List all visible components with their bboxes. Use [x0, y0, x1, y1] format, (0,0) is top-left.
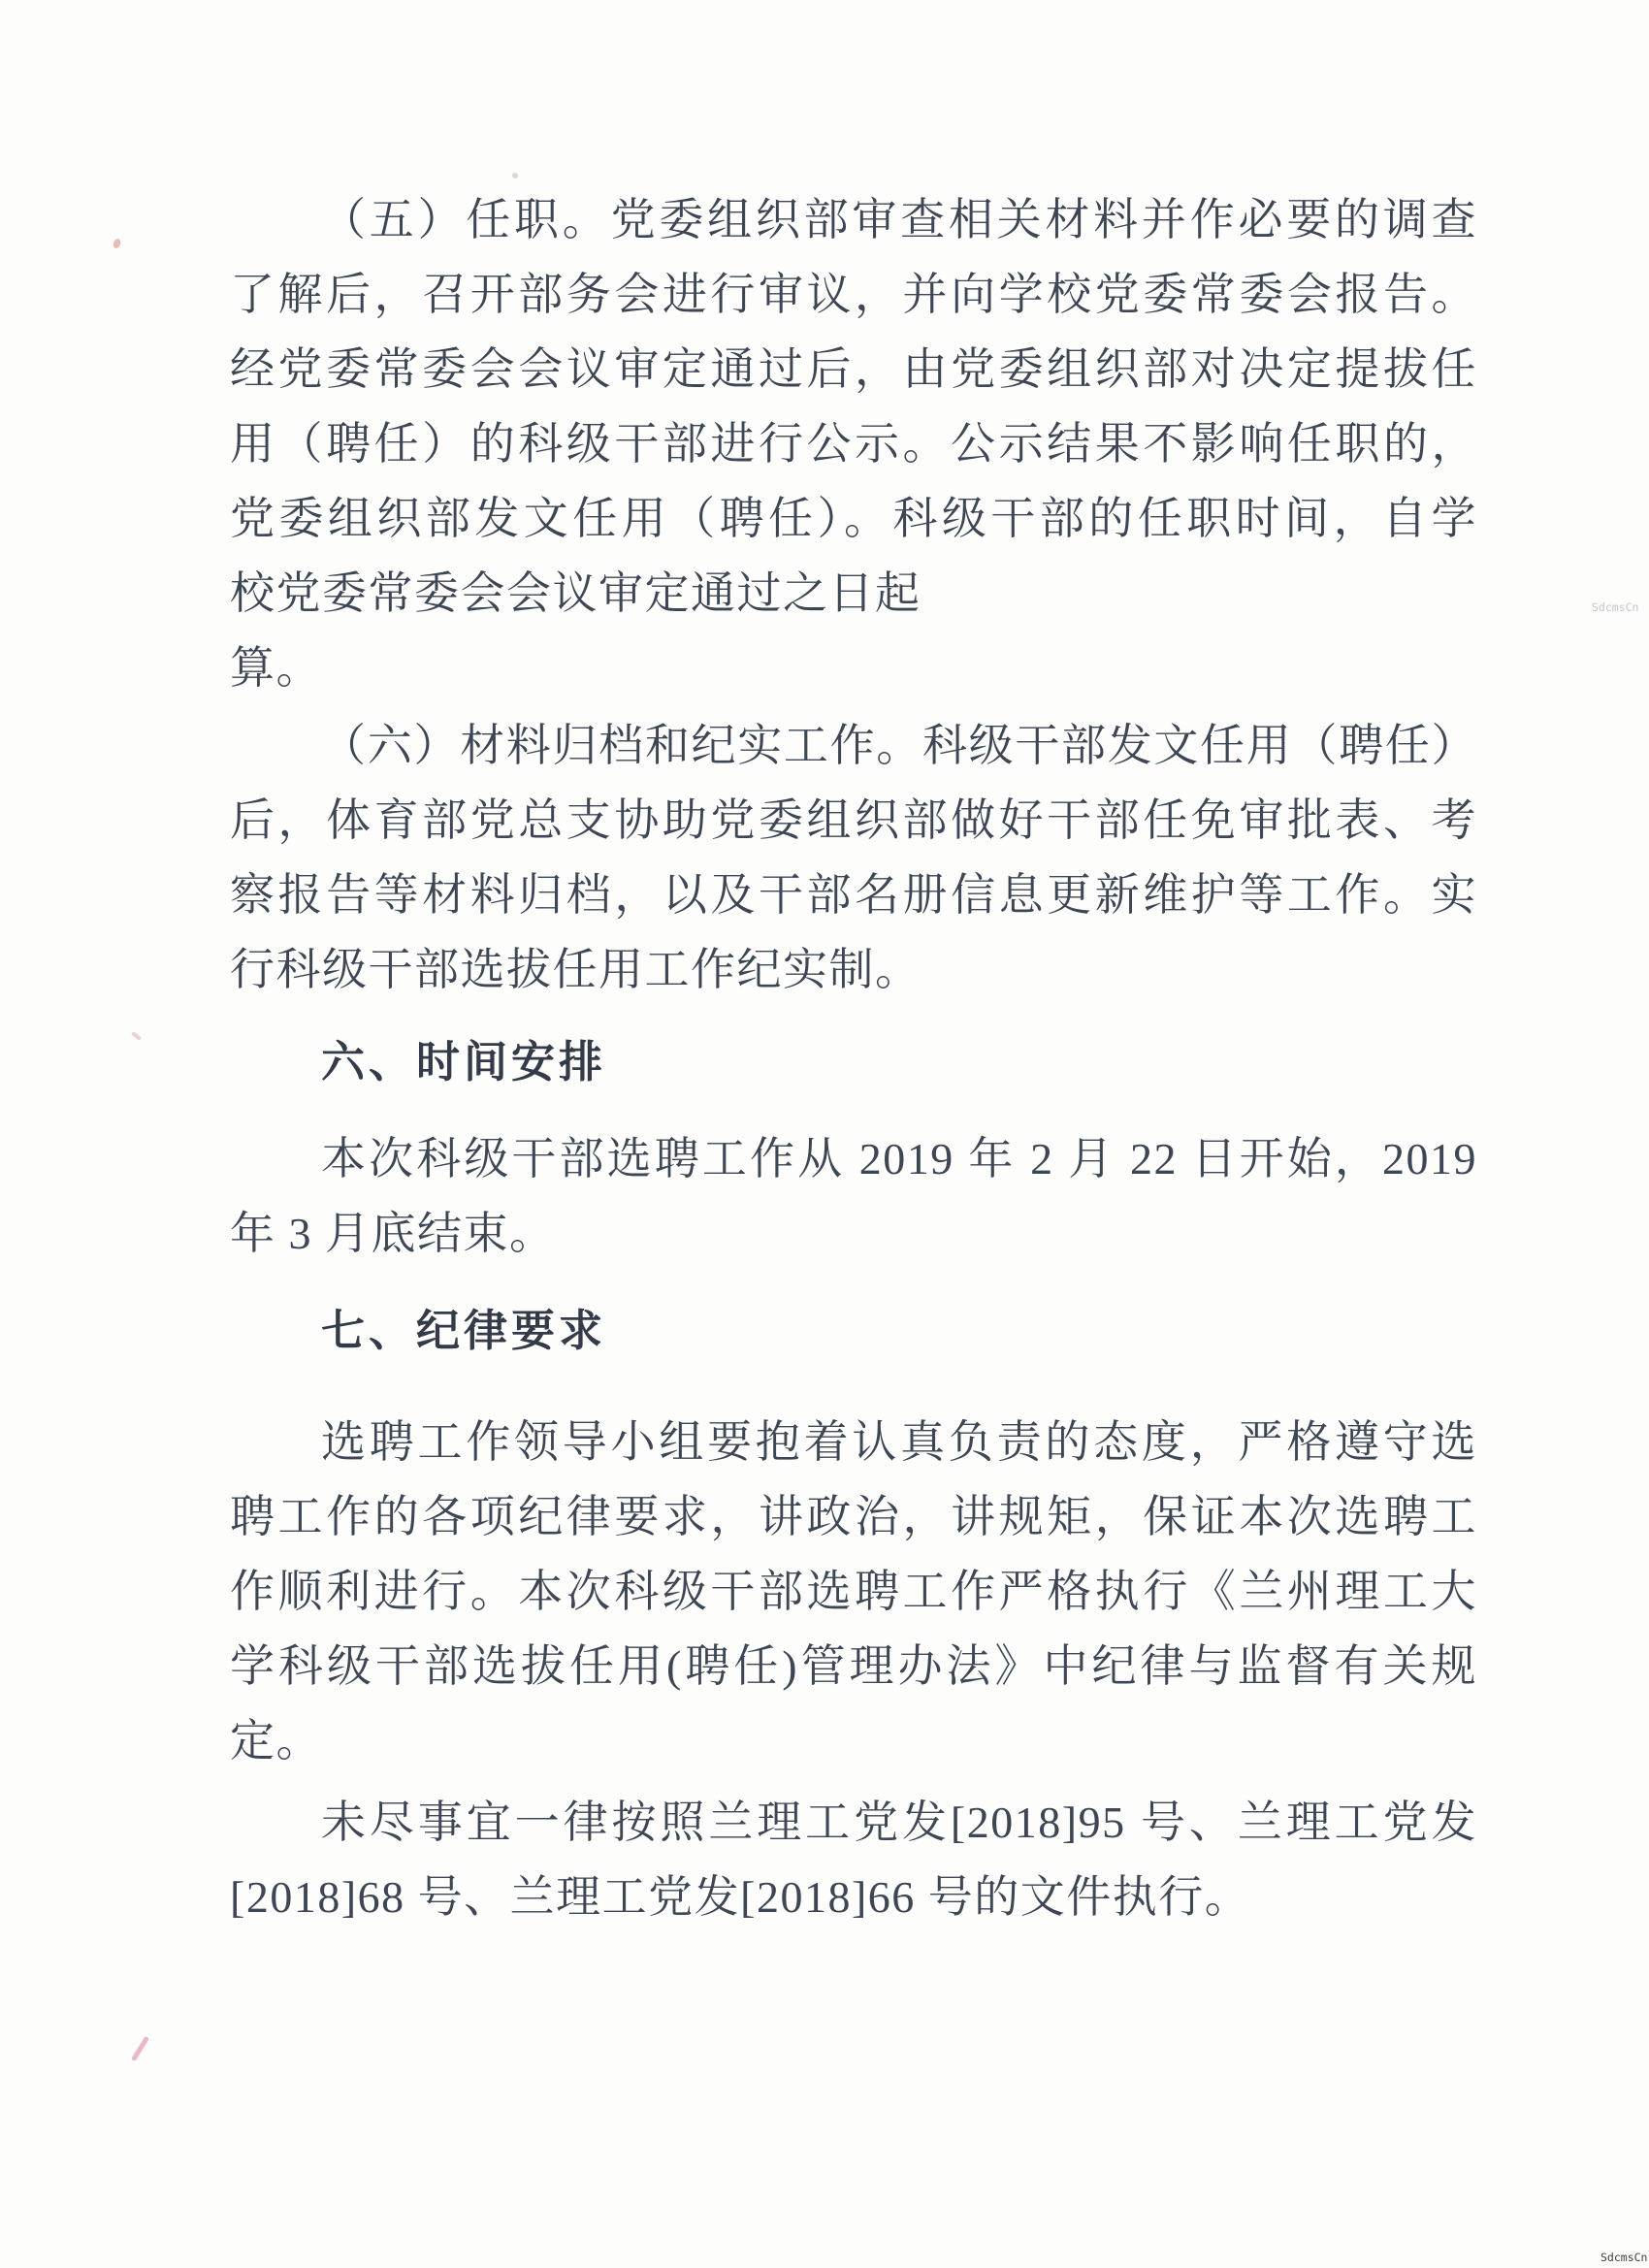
- heading-text: 六、时间安排: [230, 1024, 1477, 1099]
- text-line: 用（聘任）的科级干部进行公示。公示结果不影响任职的，: [230, 406, 1477, 481]
- scanned-document-page: （五）任职。党委组织部审查相关材料并作必要的调查 了解后，召开部务会进行审议，并…: [0, 0, 1649, 2268]
- text-line: 未尽事宜一律按照兰理工党发[2018]95 号、兰理工党发: [230, 1785, 1477, 1860]
- text-line: 党委组织部发文任用（聘任）。科级干部的任职时间，自学: [230, 481, 1477, 556]
- text-line: 经党委常委会会议审定通过后，由党委组织部对决定提拔任: [230, 332, 1477, 406]
- text-line: 后，体育部党总支协助党委组织部做好干部任免审批表、考: [230, 783, 1477, 858]
- watermark-side: SdcmsCn: [1592, 601, 1638, 613]
- section-heading-discipline: 七、纪律要求: [230, 1293, 1477, 1368]
- paragraph-item-5: （五）任职。党委组织部审查相关材料并作必要的调查 了解后，召开部务会进行审议，并…: [230, 182, 1477, 705]
- text-line: 定。: [230, 1703, 1477, 1778]
- text-line: 年 3 月底结束。: [230, 1196, 1477, 1271]
- text-line: （五）任职。党委组织部审查相关材料并作必要的调查: [230, 182, 1477, 257]
- text-line: 聘工作的各项纪律要求，讲政治，讲规矩，保证本次选聘工: [230, 1479, 1477, 1554]
- paragraph-time: 本次科级干部选聘工作从 2019 年 2 月 22 日开始，2019 年 3 月…: [230, 1121, 1477, 1271]
- text-line: 校党委常委会会议审定通过之日起: [230, 556, 1477, 631]
- paragraph-discipline: 选聘工作领导小组要抱着认真负责的态度，严格遵守选 聘工作的各项纪律要求，讲政治，…: [230, 1405, 1477, 1778]
- text-line: 了解后，召开部务会进行审议，并向学校党委常委会报告。: [230, 257, 1477, 332]
- paragraph-closing: 未尽事宜一律按照兰理工党发[2018]95 号、兰理工党发 [2018]68 号…: [230, 1785, 1477, 1934]
- section-heading-time: 六、时间安排: [230, 1024, 1477, 1099]
- text-line: 察报告等材料归档，以及干部名册信息更新维护等工作。实: [230, 858, 1477, 932]
- text-line: 行科级干部选拔任用工作纪实制。: [230, 932, 1477, 1007]
- text-line: （六）材料归档和纪实工作。科级干部发文任用（聘任）: [230, 708, 1477, 783]
- watermark-bottom: SdcmsCn: [1600, 2252, 1647, 2263]
- text-line: 算。: [230, 631, 1477, 705]
- heading-text: 七、纪律要求: [230, 1293, 1477, 1368]
- text-line: [2018]68 号、兰理工党发[2018]66 号的文件执行。: [230, 1860, 1477, 1934]
- paragraph-item-6: （六）材料归档和纪实工作。科级干部发文任用（聘任） 后，体育部党总支协助党委组织…: [230, 708, 1477, 1007]
- scan-artifact-pink-stroke: [131, 2036, 149, 2061]
- text-line: 本次科级干部选聘工作从 2019 年 2 月 22 日开始，2019: [230, 1121, 1477, 1196]
- text-line: 作顺利进行。本次科级干部选聘工作严格执行《兰州理工大: [230, 1554, 1477, 1629]
- scan-artifact-red-dash: [131, 1031, 142, 1041]
- text-line: 学科级干部选拔任用(聘任)管理办法》中纪律与监督有关规: [230, 1629, 1477, 1703]
- text-line: 选聘工作领导小组要抱着认真负责的态度，严格遵守选: [230, 1405, 1477, 1479]
- scan-artifact-red-dot: [113, 238, 122, 249]
- scan-artifact-gray-speck: [512, 173, 518, 178]
